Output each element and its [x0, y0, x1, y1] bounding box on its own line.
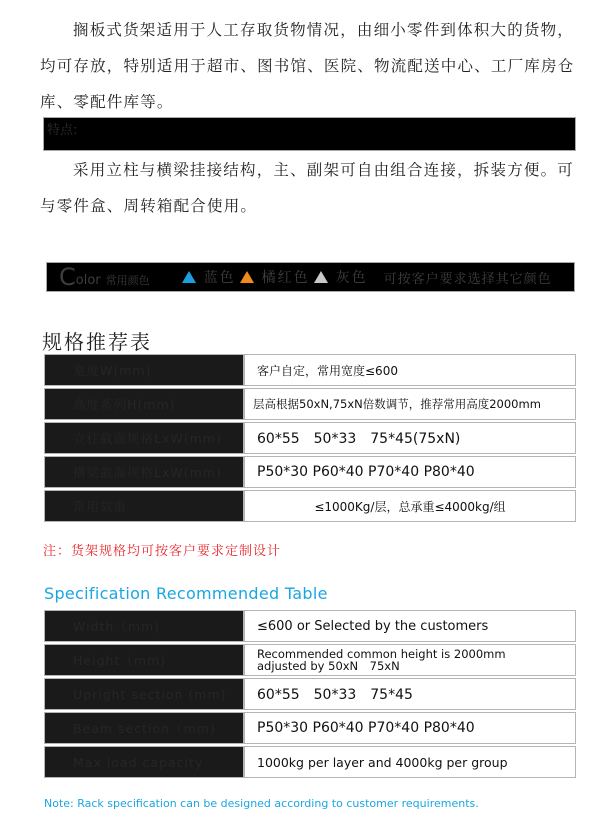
- blue-triangle-icon: [182, 271, 196, 283]
- features-header-bar: 特点:: [43, 117, 576, 151]
- spec-value: Recommended common height is 2000mm adju…: [244, 644, 576, 676]
- spec-key: Upright section (mm): [44, 678, 244, 710]
- table-row: Beam section（mm) P50*30 P60*40 P70*40 P8…: [44, 712, 576, 744]
- spec-key: 常用载重: [44, 490, 244, 522]
- spec-cn-note: 注：货架规格均可按客户要求定制设计: [43, 540, 281, 559]
- features-text: 采用立柱与横梁挂接结构，主、副架可自由组合连接，拆装方便。可与零件盒、周转箱配合…: [40, 161, 574, 215]
- spec-value-line: adjusted by 50xN 75xN: [257, 660, 400, 672]
- spec-value: 60*55 50*33 75*45(75xN): [244, 422, 576, 454]
- spec-value: P50*30 P60*40 P70*40 P80*40: [244, 712, 576, 744]
- table-row: 横梁截面规格LxW(mm) P50*30 P60*40 P70*40 P80*4…: [44, 456, 576, 488]
- spec-value: ≤1000Kg/层，总承重≤4000kg/组: [244, 490, 576, 522]
- spec-value: 1000kg per layer and 4000kg per group: [244, 746, 576, 778]
- table-row: 宽度W(mm) 客户自定，常用宽度≤600: [44, 354, 576, 386]
- spec-en-note: Note: Rack specification can be designed…: [44, 797, 479, 810]
- spec-key: 高度系列H(mm): [44, 388, 244, 420]
- intro-text: 搁板式货架适用于人工存取货物情况，由细小零件到体积大的货物，均可存放，特别适用于…: [40, 21, 574, 111]
- spec-en-table: Width（mm) ≤600 or Selected by the custom…: [44, 610, 576, 780]
- features-label: 特点:: [47, 119, 77, 138]
- table-row: Upright section (mm) 60*55 50*33 75*45: [44, 678, 576, 710]
- spec-value: ≤600 or Selected by the customers: [244, 610, 576, 642]
- spec-key: Max load capacity: [44, 746, 244, 778]
- table-row: Height（mm) Recommended common height is …: [44, 644, 576, 676]
- table-row: 立柱截面规格LxW(mm) 60*55 50*33 75*45(75xN): [44, 422, 576, 454]
- table-row: Max load capacity 1000kg per layer and 4…: [44, 746, 576, 778]
- spec-cn-title: 规格推荐表: [42, 326, 152, 355]
- gray-triangle-icon: [314, 271, 328, 283]
- spec-key: 宽度W(mm): [44, 354, 244, 386]
- spec-en-title: Specification Recommended Table: [44, 584, 328, 603]
- table-row: 高度系列H(mm) 层高根据50xN,75xN倍数调节，推荐常用高度2000mm: [44, 388, 576, 420]
- spec-key: 横梁截面规格LxW(mm): [44, 456, 244, 488]
- color-logo-word: olor: [76, 273, 101, 288]
- features-paragraph: 采用立柱与横梁挂接结构，主、副架可自由组合连接，拆装方便。可与零件盒、周转箱配合…: [40, 152, 580, 224]
- spec-key: Height（mm): [44, 644, 244, 676]
- swatch-gray: 灰色: [314, 267, 368, 287]
- spec-value: 60*55 50*33 75*45: [244, 678, 576, 710]
- swatch-blue: 蓝色: [182, 267, 236, 287]
- table-row: 常用载重 ≤1000Kg/层，总承重≤4000kg/组: [44, 490, 576, 522]
- intro-paragraph: 搁板式货架适用于人工存取货物情况，由细小零件到体积大的货物，均可存放，特别适用于…: [40, 12, 580, 120]
- orange-triangle-icon: [240, 271, 254, 283]
- spec-key: Beam section（mm): [44, 712, 244, 744]
- spec-value: 客户自定，常用宽度≤600: [244, 354, 576, 386]
- spec-key: Width（mm): [44, 610, 244, 642]
- color-options-bar: C olor 常用颜色 蓝色 橘红色 灰色 可按客户要求选择其它颜色: [46, 262, 575, 292]
- table-row: Width（mm) ≤600 or Selected by the custom…: [44, 610, 576, 642]
- spec-key: 立柱截面规格LxW(mm): [44, 422, 244, 454]
- swatch-orange: 橘红色: [240, 267, 310, 287]
- spec-value: P50*30 P60*40 P70*40 P80*40: [244, 456, 576, 488]
- color-custom-note: 可按客户要求选择其它颜色: [384, 268, 552, 287]
- spec-value: 层高根据50xN,75xN倍数调节，推荐常用高度2000mm: [244, 388, 576, 420]
- color-logo-letter: C: [59, 265, 76, 289]
- spec-cn-table: 宽度W(mm) 客户自定，常用宽度≤600 高度系列H(mm) 层高根据50xN…: [44, 354, 576, 524]
- color-label: 常用颜色: [106, 272, 150, 288]
